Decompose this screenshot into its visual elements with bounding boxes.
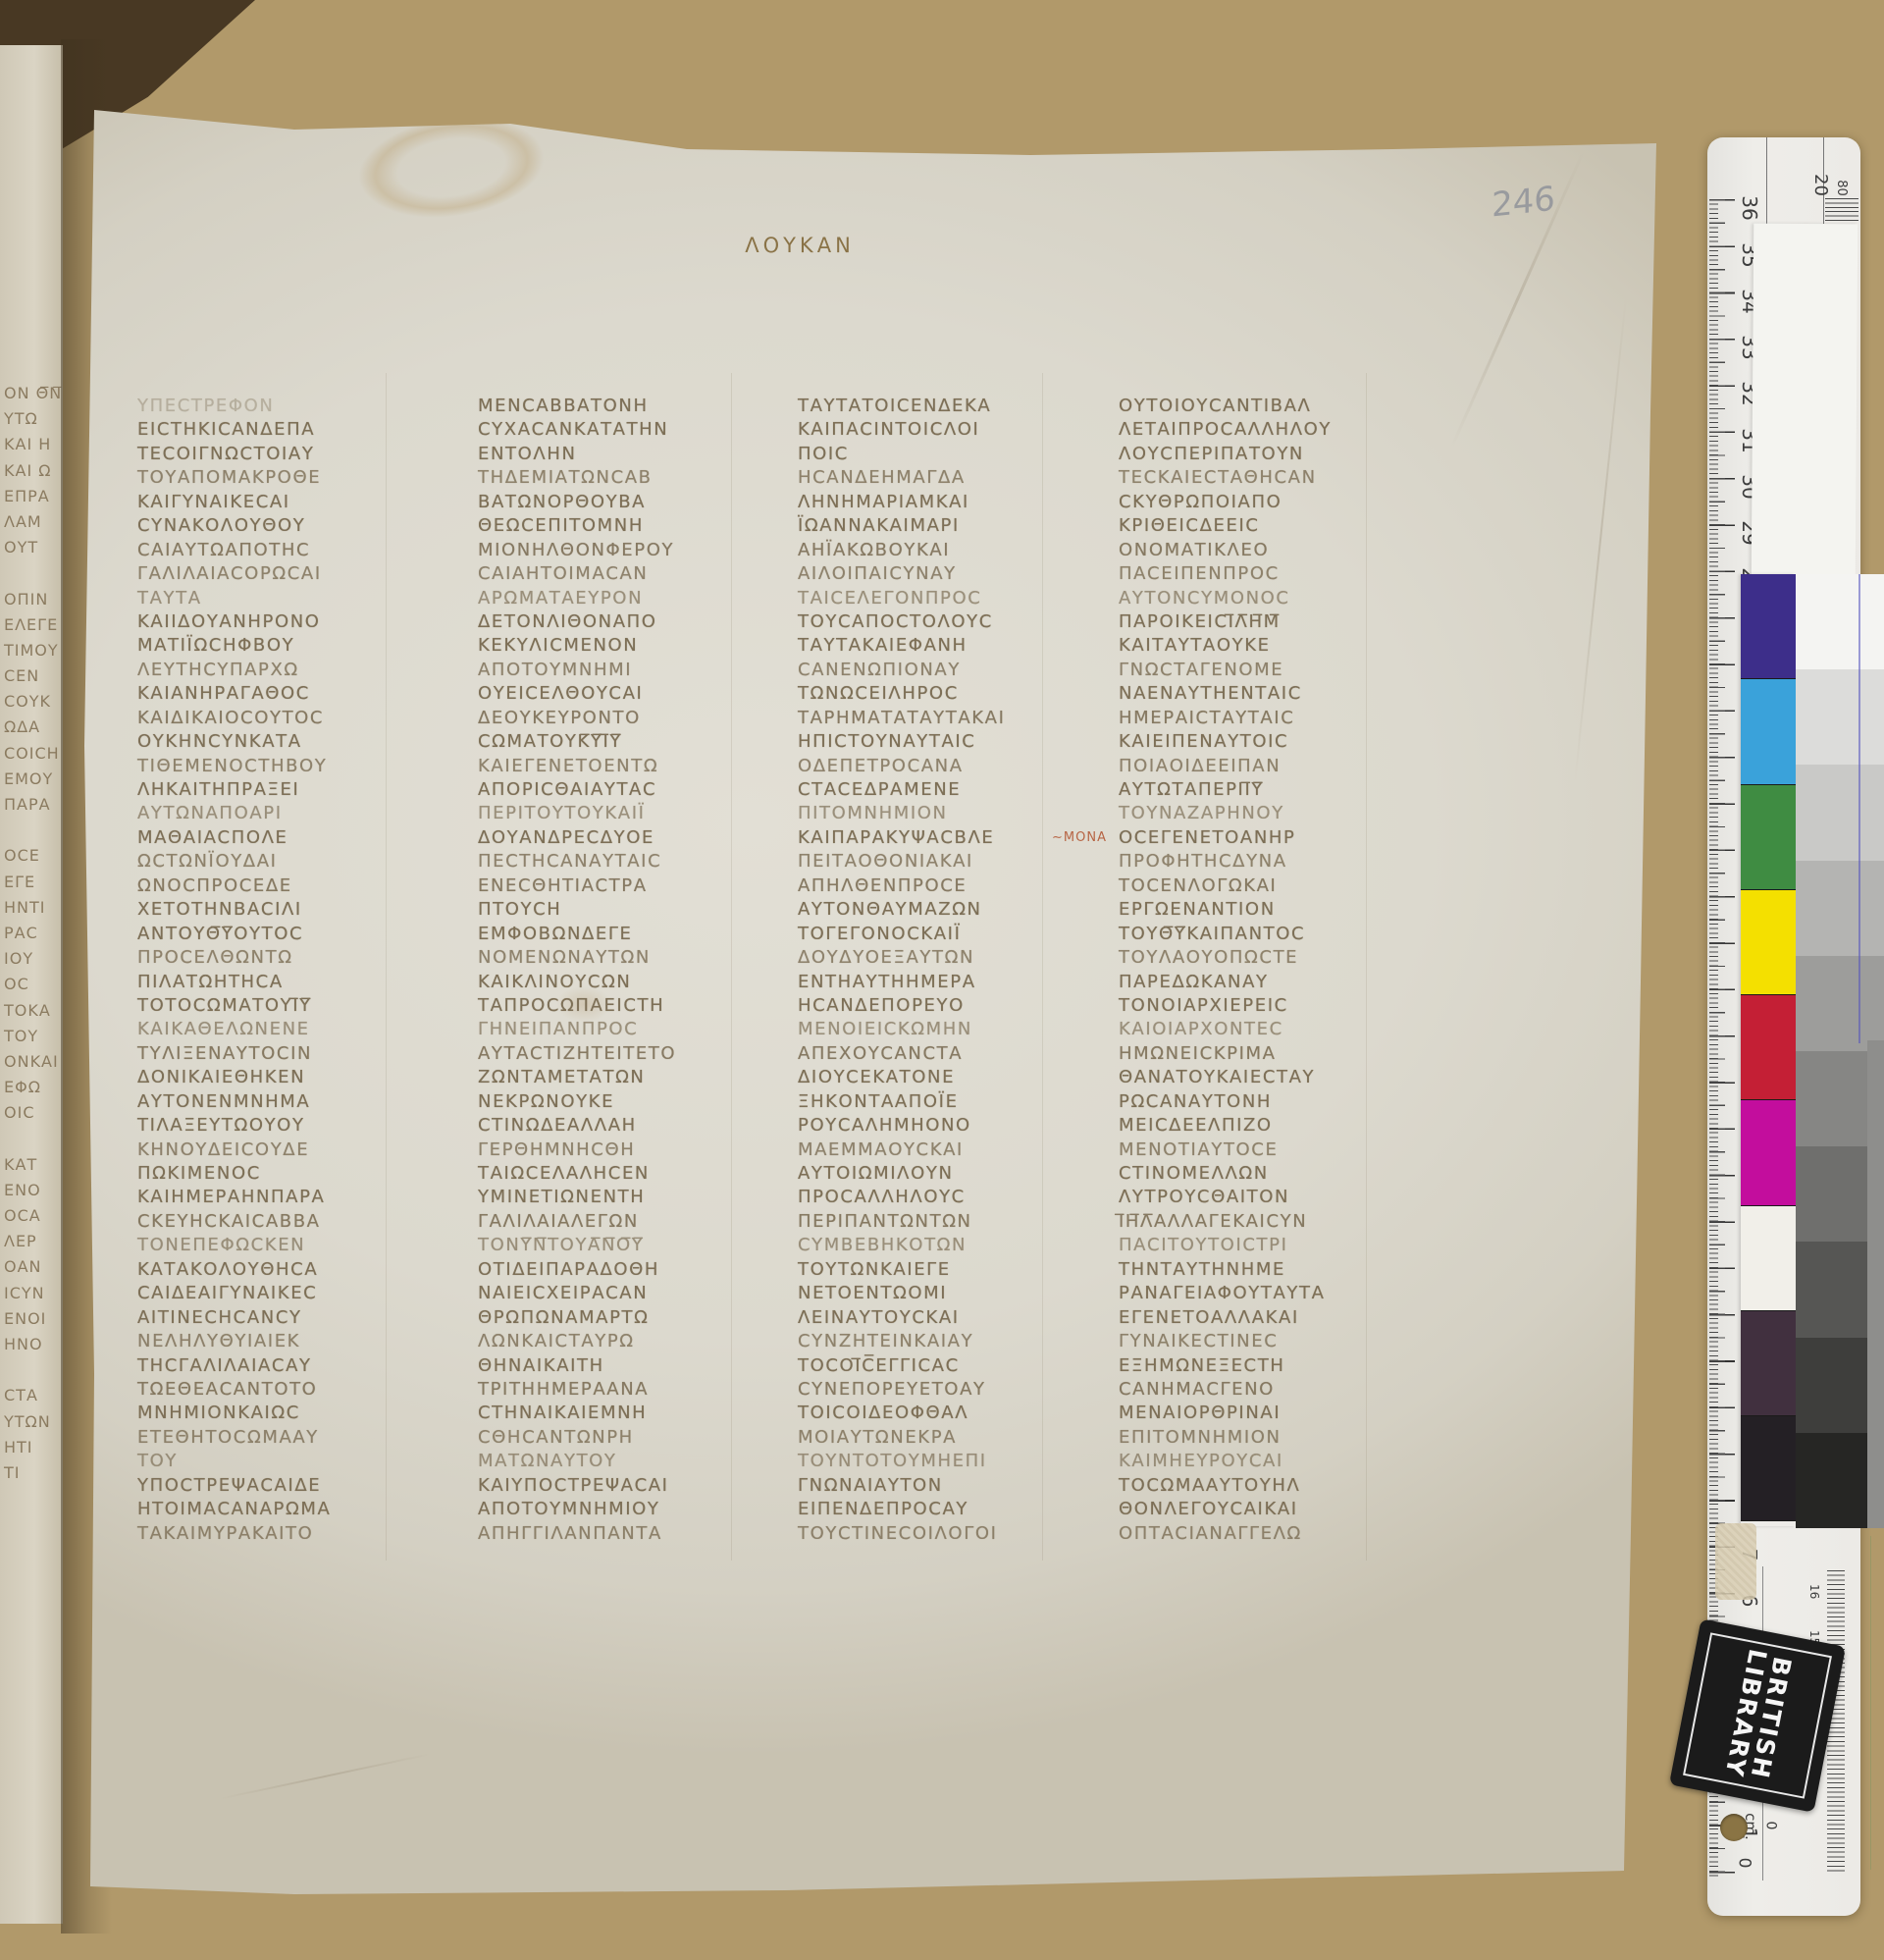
manuscript-line: CΑΙΔΕΑΙΓΥΝΑΙΚΕC	[137, 1282, 451, 1305]
manuscript-line: ΚΑΙΚΑΘΕΛΩΝΕΝΕ	[137, 1018, 451, 1041]
facing-line-fragment: ΗΤΙ	[4, 1435, 62, 1460]
manuscript-line: ΤΟΤΟCΩΜΑΤΟΥΙ̅Υ̅	[137, 994, 451, 1018]
gray-step	[1796, 574, 1884, 669]
manuscript-line: ΘΗΝΑΙΚΑΙΤΗ	[478, 1354, 792, 1378]
manuscript-line: ΠΟΙΑΟΙΔΕΕΙΠΑΝ	[1119, 755, 1433, 778]
manuscript-line: ΤΟCΕΝΛΟΓΩΚΑΙ	[1119, 874, 1433, 898]
manuscript-line: ΜΟΙΑΥΤΩΝΕΚΡΑ	[798, 1426, 1112, 1450]
manuscript-line: CΩΜΑΤΟΥΚ̅Υ̅Ι̅Υ̅	[478, 730, 792, 754]
facing-line-fragment: ΛΕΡ	[4, 1229, 62, 1254]
facing-line-fragment: ΠΑΡΑ	[4, 792, 62, 818]
manuscript-line: ΑΝΤΟΥΘ̅Υ̅ΟΥΤΟC	[137, 923, 451, 946]
manuscript-line: ΝΕΛΗΛΥΘΥΙΑΙΕΚ	[137, 1330, 451, 1353]
facing-line-fragment: CΕΝ	[4, 663, 62, 689]
manuscript-line: ΜΕΝΟΙΕΙCΚΩΜΗΝ	[798, 1018, 1112, 1041]
manuscript-line: CΥΜΒΕΒΗΚΟΤΩΝ	[798, 1234, 1112, 1257]
manuscript-line: ΚΡΙΘΕΙCΔΕΕΙC	[1119, 514, 1433, 538]
gray-card-edge	[1867, 1040, 1884, 1528]
text-column-2: ΜΕΝCΑΒΒΑΤΟΝΗCΥΧΑCΑΝΚΑΤΑΤΗΝΕΝΤΟΛΗΝΤΗΔΕΜΙΑ…	[478, 395, 792, 1546]
manuscript-line: ΛΥΤΡΟΥCΘΑΙΤΟΝ	[1119, 1186, 1433, 1209]
manuscript-line: CΚΥΘΡΩΠΟΙΑΠΟ	[1119, 491, 1433, 514]
manuscript-line: CΘΗCΑΝΤΩΝΡΗ	[478, 1426, 792, 1450]
manuscript-line: ΟΝΟΜΑΤΙΚΛΕΟ	[1119, 539, 1433, 562]
manuscript-line: ΥΠΟCΤΡΕΨΑCΑΙΔΕ	[137, 1474, 451, 1498]
manuscript-line: ΔΟΥΑΝΔΡΕCΔΥΟΕ	[478, 826, 792, 850]
manuscript-line: ΤΑΡΗΜΑΤΑΤΑΥΤΑΚΑΙ	[798, 707, 1112, 730]
manuscript-line: ΛΕΥΤΗCΥΠΑΡΧΩ	[137, 659, 451, 682]
facing-line-fragment: ΛΑΜ	[4, 509, 62, 535]
facing-line-fragment: ΕΦΩ	[4, 1075, 62, 1100]
manuscript-line: ΤΙΛΑΞΕΥΤΩΟΥΟΥ	[137, 1114, 451, 1138]
facing-line-fragment: ΙCΥΝ	[4, 1281, 62, 1306]
ruler-cm-number: 36	[1742, 191, 1761, 225]
manuscript-line: ΚΕΚΥΛΙCΜΕΝΟΝ	[478, 634, 792, 658]
manuscript-line: ΤΟΥΝΑΖΑΡΗΝΟΥ	[1119, 802, 1433, 825]
manuscript-line: ΝΑΙΕΙCΧΕΙΡΑCΑΝ	[478, 1282, 792, 1305]
facing-line-fragment: ΕΠΡΑ	[4, 484, 62, 509]
manuscript-line: ΗΤΟΙΜΑCΑΝΑΡΩΜΑ	[137, 1498, 451, 1521]
manuscript-line: ΠΑΡΕΔΩΚΑΝΑΥ	[1119, 971, 1433, 994]
manuscript-line: ΗΠΙCΤΟΥΝΑΥΤΑΙC	[798, 730, 1112, 754]
facing-line-fragment: ΕΜΟΥ	[4, 767, 62, 792]
manuscript-line: CΑΝΕΝΩΠΙΟΝΑΥ	[798, 659, 1112, 682]
manuscript-line: ΤΟΙCΟΙΔΕΟΦΘΑΛ	[798, 1402, 1112, 1425]
facing-line-fragment: ΤΙΜΟΥ	[4, 638, 62, 663]
facing-line-fragment: ΡΑC	[4, 921, 62, 946]
facing-line-fragment: ΟCΕ	[4, 843, 62, 869]
gray-step	[1796, 765, 1884, 860]
facing-line-fragment: ΟΥΤ	[4, 535, 62, 560]
manuscript-line: ΚΗΝΟΥΔΕΙCΟΥΔΕ	[137, 1139, 451, 1162]
manuscript-line: CΤΑCΕΔΡΑΜΕΝΕ	[798, 778, 1112, 802]
manuscript-line: ΠΕCΤΗCΑΝΑΥΤΑΙC	[478, 850, 792, 874]
manuscript-line: ΟΥΤΟΙΟΥCΑΝΤΙΒΑΛ	[1119, 395, 1433, 418]
facing-line-fragment: ΤΙ	[4, 1460, 62, 1486]
facing-line-fragment: ΟΝΚΑΙ	[4, 1049, 62, 1075]
running-title: ΛΟΥΚΑΝ	[721, 234, 878, 257]
manuscript-line: ΟΠΤΑCΙΑΝΑΓΓΕΛΩ	[1119, 1522, 1433, 1546]
manuscript-line: ΟΥΕΙCΕΛΘΟΥCΑΙ	[478, 682, 792, 706]
text-column-4: ΟΥΤΟΙΟΥCΑΝΤΙΒΑΛΛΕΤΑΙΠΡΟCΑΛΛΗΛΟΥΛΟΥCΠΕΡΙΠ…	[1119, 395, 1433, 1546]
manuscript-line: ΖΩΝΤΑΜΕΤΑΤΩΝ	[478, 1066, 792, 1089]
manuscript-line: ΚΑΙΚΛΙΝΟΥCΩΝ	[478, 971, 792, 994]
manuscript-line: ΔΕΤΟΝΛΙΘΟΝΑΠΟ	[478, 610, 792, 634]
manuscript-line: ΕΝΕCΘΗΤΙΑCΤΡΑ	[478, 874, 792, 898]
manuscript-line: ΚΑΙΓΥΝΑΙΚΕCΑΙ	[137, 491, 451, 514]
manuscript-line: ΚΑΙΟΙΑΡΧΟΝΤΕC	[1119, 1018, 1433, 1041]
righe-zero-label: 0	[1762, 1822, 1778, 1830]
manuscript-line: ΤΩΝΩCΕΙΛΗΡΟC	[798, 682, 1112, 706]
manuscript-line: ΤΕCΟΙΓΝΩCΤΟΙΑΥ	[137, 443, 451, 466]
ruler-punch-hole	[1720, 1814, 1748, 1841]
crease-line	[1574, 295, 1627, 783]
manuscript-line: ΕΠΙΤΟΜΝΗΜΙΟΝ	[1119, 1426, 1433, 1450]
manuscript-line: ΘΟΝΛΕΓΟΥCΑΙΚΑΙ	[1119, 1498, 1433, 1521]
facing-line-fragment: ΥΤΩΝ	[4, 1409, 62, 1435]
manuscript-line: ΟΥΚΗΝCΥΝΚΑΤΑ	[137, 730, 451, 754]
facing-line-fragment: ΗΝΤΙ	[4, 895, 62, 921]
manuscript-line: ΤΑΙΩCΕΛΑΛΗCΕΝ	[478, 1162, 792, 1186]
facing-line-fragment	[4, 1126, 62, 1151]
facing-line-fragment	[4, 1357, 62, 1383]
manuscript-line: ΑΥΤΩΤΑΠΕΡΙΙ̅Υ̅	[1119, 778, 1433, 802]
manuscript-line: ΑΥΤΟΙΩΜΙΛΟΥΝ	[798, 1162, 1112, 1186]
manuscript-line: ΕΙCΤΗΚΙCΑΝΔΕΠΑ	[137, 418, 451, 442]
label-border-frame: BRITISH LIBRARY	[1683, 1632, 1832, 1798]
tape-fragment	[1715, 1523, 1756, 1600]
manuscript-line: ΜΑΤΩΝΑΥΤΟΥ	[478, 1450, 792, 1473]
manuscript-line: ΟΤΙΔΕΙΠΑΡΑΔΟΘΗ	[478, 1258, 792, 1282]
manuscript-line: ΔΟΝΙΚΑΙΕΘΗΚΕΝ	[137, 1066, 451, 1089]
manuscript-line: ΤΙΘΕΜΕΝΟCΤΗΒΟΥ	[137, 755, 451, 778]
ruler-zero-label: 0	[1734, 1858, 1753, 1869]
manuscript-line: CΚΕΥΗCΚΑΙCΑΒΒΑ	[137, 1210, 451, 1234]
manuscript-line: ΓΑΛΙΛΑΙΑΛΕΓΩΝ	[478, 1210, 792, 1234]
manuscript-line: ΠΕΡΙΠΑΝΤΩΝΤΩΝ	[798, 1210, 1112, 1234]
manuscript-line: ΜΑΘΑΙΑCΠΟΛΕ	[137, 826, 451, 850]
manuscript-line: ΤΟΝΥ̅Ν̅ΤΟΥΑ̅Ν̅Ο̅Υ̅	[478, 1234, 792, 1257]
manuscript-line: ΝΟΜΕΝΩΝΑΥΤΩΝ	[478, 946, 792, 970]
manuscript-line: ΜΙΟΝΗΛΘΟΝΦΕΡΟΥ	[478, 539, 792, 562]
manuscript-line: ΑΠΟΤΟΥΜΝΗΜΙ	[478, 659, 792, 682]
text-column-3: ΤΑΥΤΑΤΟΙCΕΝΔΕΚΑΚΑΙΠΑCΙΝΤΟΙCΛΟΙΠΟΙCΗCΑΝΔΕ…	[798, 395, 1112, 1546]
manuscript-line: ΠΡΟCΑΛΛΗΛΟΥC	[798, 1186, 1112, 1209]
manuscript-line: ΔΟΥΔΥΟΕΞΑΥΤΩΝ	[798, 946, 1112, 970]
manuscript-line: ΚΑΙΠΑCΙΝΤΟΙCΛΟΙ	[798, 418, 1112, 442]
manuscript-line: ΤΗΔΕΜΙΑΤΩΝCΑΒ	[478, 466, 792, 490]
manuscript-line: ΗCΑΝΔΕΠΟΡΕΥΟ	[798, 994, 1112, 1018]
manuscript-line: ΑΥΤΟΝΘΑΥΜΑΖΩΝ	[798, 898, 1112, 922]
facing-line-fragment: ΟCΑ	[4, 1203, 62, 1229]
manuscript-line: ΕΞΗΜΩΝΕΞΕCΤΗ	[1119, 1354, 1433, 1378]
manuscript-line: ΤΥΛΙΞΕΝΑΥΤΟCΙΝ	[137, 1042, 451, 1066]
manuscript-line: ΚΑΙΜΗΕΥΡΟΥCΑΙ	[1119, 1450, 1433, 1473]
facing-line-fragment	[4, 818, 62, 843]
manuscript-line: ΥΜΙΝΕΤΙΩΝΕΝΤΗ	[478, 1186, 792, 1209]
manuscript-line: ΔΕΟΥΚΕΥΡΟΝΤΟ	[478, 707, 792, 730]
gray-step	[1796, 669, 1884, 765]
facing-line-fragment: ΕΛΕΓΕ	[4, 612, 62, 638]
manuscript-line: ΡΑΝΑΓΕΙΑΦΟΥΤΑΥΤΑ	[1119, 1282, 1433, 1305]
manuscript-line: ΑΥΤΩΝΑΠΟΑΡΙ	[137, 802, 451, 825]
manuscript-line: ΤΟCΩΜΑΑΥΤΟΥΗΛ	[1119, 1474, 1433, 1498]
manuscript-line: ΥΠΕCΤΡΕΦΟΝ	[137, 395, 451, 418]
manuscript-line: ΑΠΟΤΟΥΜΝΗΜΙΟΥ	[478, 1498, 792, 1521]
manuscript-line: ΑΡΩΜΑΤΑΕΥΡΟΝ	[478, 587, 792, 610]
manuscript-line: ΕΓΕΝΕΤΟΑΛΛΑΚΑΙ	[1119, 1306, 1433, 1330]
manuscript-line: ΠΑΡΟΙΚΕΙCΙ̅Λ̅Η̅Μ̅	[1119, 610, 1433, 634]
manuscript-line: ΤΟΥCΑΠΟCΤΟΛΟΥC	[798, 610, 1112, 634]
manuscript-line: ΓΥΝΑΙΚΕCΤΙΝΕC	[1119, 1330, 1433, 1353]
facing-line-fragment: ΟΑΝ	[4, 1254, 62, 1280]
manuscript-line: ΤΑΚΑΙΜΥΡΑΚΑΙΤΟ	[137, 1522, 451, 1546]
manuscript-line: ΤΩΕΘΕΑCΑΝΤΟΤΟ	[137, 1378, 451, 1402]
manuscript-line: ΤΕCΚΑΙΕCΤΑΘΗCΑΝ	[1119, 466, 1433, 490]
manuscript-line: ΚΑΙΗΜΕΡΑΗΝΠΑΡΑ	[137, 1186, 451, 1209]
manuscript-line: ΛΩΝΚΑΙCΤΑΥΡΩ	[478, 1330, 792, 1353]
manuscript-photo-scene: ΟΝ Θ̅Ν̅ΥΤΩΚΑΙ ΗΚΑΙ ΩΕΠΡΑΛΑΜΟΥΤΟΠΙΝΕΛΕΓΕΤ…	[0, 0, 1884, 1960]
manuscript-line: CΥΧΑCΑΝΚΑΤΑΤΗΝ	[478, 418, 792, 442]
manuscript-line: ΑΙΤΙΝΕCΗCΑΝCΥ	[137, 1306, 451, 1330]
facing-line-fragment: ΟC	[4, 972, 62, 997]
manuscript-line: CΥΝΖΗΤΕΙΝΚΑΙΑΥ	[798, 1330, 1112, 1353]
manuscript-line: ΕΙΠΕΝΔΕΠΡΟCΑΥ	[798, 1498, 1112, 1521]
facing-line-fragment: CΟΥΚ	[4, 689, 62, 715]
water-stain	[347, 103, 556, 233]
facing-line-fragment: CΟΙCΗ	[4, 741, 62, 767]
manuscript-line: ΤΑΥΤΑΤΟΙCΕΝΔΕΚΑ	[798, 395, 1112, 418]
gray-step	[1796, 956, 1884, 1051]
ruler-printed-line	[1766, 137, 1767, 224]
manuscript-line: ΤΟΥΝΤΟΤΟΥΜΗΕΠΙ	[798, 1450, 1112, 1473]
manuscript-line: ΓΝΩCΤΑΓΕΝΟΜΕ	[1119, 659, 1433, 682]
manuscript-line: ΑΠΕΧΟΥCΑΝCΤΑ	[798, 1042, 1112, 1066]
manuscript-line: ΕΝΤΟΛΗΝ	[478, 443, 792, 466]
manuscript-line: ΑΥΤΑCΤΙΖΗΤΕΙΤΕΤΟ	[478, 1042, 792, 1066]
facing-line-fragment: ΗΝΟ	[4, 1332, 62, 1357]
manuscript-line: ΗΜΕΡΑΙCΤΑΥΤΑΙC	[1119, 707, 1433, 730]
facing-page-text-fragments: ΟΝ Θ̅Ν̅ΥΤΩΚΑΙ ΗΚΑΙ ΩΕΠΡΑΛΑΜΟΥΤΟΠΙΝΕΛΕΓΕΤ…	[4, 381, 62, 1486]
manuscript-line: ΑΠΗΓΓΙΛΑΝΠΑΝΤΑ	[478, 1522, 792, 1546]
manuscript-line: CΤΗΝΑΙΚΑΙΕΜΝΗ	[478, 1402, 792, 1425]
label-text: BRITISH LIBRARY	[1720, 1647, 1795, 1784]
manuscript-line: CΑΙΑΗΤΟΙΜΑCΑΝ	[478, 562, 792, 586]
text-column-1: ΥΠΕCΤΡΕΦΟΝΕΙCΤΗΚΙCΑΝΔΕΠΑΤΕCΟΙΓΝΩCΤΟΙΑΥΤΟ…	[137, 395, 451, 1546]
manuscript-line: ΒΑΤΩΝΟΡΘΟΥΒΑ	[478, 491, 792, 514]
manuscript-line: ΤΟΥΤΩΝΚΑΙΕΓΕ	[798, 1258, 1112, 1282]
manuscript-line: ΓΕΡΘΗΜΝΗCΘΗ	[478, 1139, 792, 1162]
crease-line	[219, 1753, 431, 1800]
manuscript-line: ΘΕΩCΕΠΙΤΟΜΝΗ	[478, 514, 792, 538]
manuscript-line: ΛΕΙΝΑΥΤΟΥCΚΑΙ	[798, 1306, 1112, 1330]
manuscript-line: ΜΕΝΟΤΙΑΥΤΟCΕ	[1119, 1139, 1433, 1162]
manuscript-line: ΤΟCΟΙ̅C̅ΕΓΓΙCΑC	[798, 1354, 1112, 1378]
facing-line-fragment: ΩΔΑ	[4, 715, 62, 740]
manuscript-line: ΓΝΩΝΑΙΑΥΤΟΝ	[798, 1474, 1112, 1498]
manuscript-line: ΠΩΚΙΜΕΝΟC	[137, 1162, 451, 1186]
color-patch	[1741, 574, 1796, 679]
calibration-card-back	[1752, 224, 1858, 578]
manuscript-line: ΓΑΛΙΛΑΙΑCΟΡΩCΑΙ	[137, 562, 451, 586]
manuscript-line: ΘΑΝΑΤΟΥΚΑΙΕCΤΑΥ	[1119, 1066, 1433, 1089]
manuscript-line: ΤΟΥΘ̅Υ̅ΚΑΙΠΑΝΤΟC	[1119, 923, 1433, 946]
manuscript-line: ΧΕΤΟΤΗΝΒΑCΙΛΙ	[137, 898, 451, 922]
manuscript-line: ΤΟΓΕΓΟΝΟCΚΑΙΪ	[798, 923, 1112, 946]
manuscript-line: CΑΙΑΥΤΩΑΠΟΤΗC	[137, 539, 451, 562]
manuscript-line: ΗΜΩΝΕΙCΚΡΙΜΑ	[1119, 1042, 1433, 1066]
manuscript-line: ΝΑΕΝΑΥΤΗΕΝΤΑΙC	[1119, 682, 1433, 706]
facing-page-edge: ΟΝ Θ̅Ν̅ΥΤΩΚΑΙ ΗΚΑΙ ΩΕΠΡΑΛΑΜΟΥΤΟΠΙΝΕΛΕΓΕΤ…	[0, 45, 63, 1924]
manuscript-line: ΚΑΙΤΑΥΤΑΟΥΚΕ	[1119, 634, 1433, 658]
card-hairline	[1870, 1536, 1871, 1870]
manuscript-line: ΠΡΟΦΗΤΗCΔΥΝΑ	[1119, 850, 1433, 874]
manuscript-line: ΠΤΟΥCΗ	[478, 898, 792, 922]
manuscript-line: ΠΙΛΑΤΩΗΤΗCΑ	[137, 971, 451, 994]
manuscript-line: ΜΑΤΙΪΩCΗΦΒΟΥ	[137, 634, 451, 658]
manuscript-line: ΑΙΛΟΙΠΑΙCΥΝΑΥ	[798, 562, 1112, 586]
manuscript-line: ΑΥΤΟΝΕΝΜΝΗΜΑ	[137, 1090, 451, 1114]
manuscript-line: ΑΠΗΛΘΕΝΠΡΟCΕ	[798, 874, 1112, 898]
ruler-inch-label: 20	[1810, 174, 1831, 196]
manuscript-line: CΤΙΝΟΜΕΛΛΩΝ	[1119, 1162, 1433, 1186]
manuscript-line: ΠΟΙC	[798, 443, 1112, 466]
manuscript-line: ΕΤΕΘΗΤΟCΩΜΑΑΥ	[137, 1426, 451, 1450]
facing-line-fragment: ΚΑΙ Ω	[4, 458, 62, 484]
manuscript-line: ΠΡΟCΕΛΘΩΝΤΩ	[137, 946, 451, 970]
manuscript-line: ΤΟΝΟΙΑΡΧΙΕΡΕΙC	[1119, 994, 1433, 1018]
gray-step	[1796, 861, 1884, 956]
manuscript-line: ΗCΑΝΔΕΗΜΑΓΔΑ	[798, 466, 1112, 490]
color-patch	[1741, 1416, 1796, 1521]
manuscript-line: ΟCΕΓΕΝΕΤΟΑΝΗΡ	[1119, 826, 1433, 850]
manuscript-line: ΚΑΙΥΠΟCΤΡΕΨΑCΑΙ	[478, 1474, 792, 1498]
facing-line-fragment: ΤΟΥ	[4, 1024, 62, 1049]
parchment-leaf: ΛΟΥΚΑΝ 246 ΥΠΕCΤΡΕΦΟΝΕΙCΤΗΚΙCΑΝΔΕΠΑΤΕCΟΙ…	[0, 0, 1884, 1960]
facing-line-fragment: ΥΤΩ	[4, 406, 62, 432]
manuscript-line: ΩΝΟCΠΡΟCΕΔΕ	[137, 874, 451, 898]
manuscript-line: ΤΟΥΛΑΟΥΟΠΩCΤΕ	[1119, 946, 1433, 970]
color-patch	[1741, 785, 1796, 890]
folio-number: 246	[1491, 179, 1555, 225]
manuscript-line: ΤΑΥΤΑ	[137, 587, 451, 610]
facing-line-fragment	[4, 560, 62, 586]
ruler-inch-ticks	[1825, 198, 1858, 224]
manuscript-line: Ι̅Η̅Λ̅ΑΛΛΑΓΕΚΑΙCΥΝ	[1119, 1210, 1433, 1234]
manuscript-line: ΞΗΚΟΝΤΑΑΠΟΪΕ	[798, 1090, 1112, 1114]
manuscript-line: ΚΑΙΕΓΕΝΕΤΟΕΝΤΩ	[478, 755, 792, 778]
color-patch	[1741, 1311, 1796, 1416]
color-patch	[1741, 679, 1796, 784]
manuscript-line: ΠΕΙΤΑΟΘΟΝΙΑΚΑΙ	[798, 850, 1112, 874]
manuscript-line: ΔΙΟΥCΕΚΑΤΟΝΕ	[798, 1066, 1112, 1089]
manuscript-line: ΤΑΠΡΟCΩΠΑΕΙCΤΗ	[478, 994, 792, 1018]
manuscript-line: ΚΑΙΑΝΗΡΑΓΑΘΟC	[137, 682, 451, 706]
manuscript-line: ΤΟΥ	[137, 1450, 451, 1473]
manuscript-line: ΠΙΤΟΜΝΗΜΙΟΝ	[798, 802, 1112, 825]
manuscript-line: ΤΟΥΑΠΟΜΑΚΡΟΘΕ	[137, 466, 451, 490]
manuscript-line: ΪΩΑΝΝΑΚΑΙΜΑΡΙ	[798, 514, 1112, 538]
manuscript-line: ΤΡΙΤΗΗΜΕΡΑΑΝΑ	[478, 1378, 792, 1402]
manuscript-line: ΚΑΙΕΙΠΕΝΑΥΤΟΙC	[1119, 730, 1433, 754]
manuscript-line: ΩCΤΩΝΪΟΥΔΑΙ	[137, 850, 451, 874]
manuscript-line: ΡΟΥCΑΛΗΜΗΟΝΟ	[798, 1114, 1112, 1138]
ruler-inch-number: 16	[1807, 1584, 1821, 1606]
manuscript-line: ΤΟΝΕΠΕΦΩCΚΕΝ	[137, 1234, 451, 1257]
manuscript-line: ΛΟΥCΠΕΡΙΠΑΤΟΥΝ	[1119, 443, 1433, 466]
manuscript-line: ΤΗCΓΑΛΙΛΑΙΑCΑΥ	[137, 1354, 451, 1378]
facing-line-fragment: ΕΝΟΙ	[4, 1306, 62, 1332]
manuscript-line: CΑΝΗΜΑCΓΕΝΟ	[1119, 1378, 1433, 1402]
facing-line-fragment: ΟΙC	[4, 1100, 62, 1126]
manuscript-line: ΜΕΙCΔΕΕΛΠΙΖΟ	[1119, 1114, 1433, 1138]
ruler-inch-sublabel: 80	[1834, 180, 1849, 196]
manuscript-line: ΠΑCΕΙΠΕΝΠΡΟC	[1119, 562, 1433, 586]
manuscript-line: ΜΝΗΜΙΟΝΚΑΙΩC	[137, 1402, 451, 1425]
manuscript-line: ΕΜΦΟΒΩΝΔΕΓΕ	[478, 923, 792, 946]
manuscript-line: ΠΑCΙΤΟΥΤΟΙCΤΡΙ	[1119, 1234, 1433, 1257]
facing-line-fragment: ΟΝ Θ̅Ν̅	[4, 381, 62, 406]
red-marginal-note: ∼ΜΟΝΑ	[1052, 830, 1107, 845]
manuscript-line: ΓΗΝΕΙΠΑΝΠΡΟC	[478, 1018, 792, 1041]
manuscript-line: ΚΑΙΙΔΟΥΑΝΗΡΟΝΟ	[137, 610, 451, 634]
manuscript-line: ΝΕΚΡΩΝΟΥΚΕ	[478, 1090, 792, 1114]
manuscript-line: ΠΕΡΙΤΟΥΤΟΥΚΑΙΪ	[478, 802, 792, 825]
facing-line-fragment: ΚΑΙ Η	[4, 432, 62, 457]
facing-line-fragment: ΕΝΟ	[4, 1178, 62, 1203]
manuscript-line: ΝΕΤΟΕΝΤΩΟΜΙ	[798, 1282, 1112, 1305]
manuscript-line: ΟΔΕΠΕΤΡΟCΑΝΑ	[798, 755, 1112, 778]
manuscript-line: ΕΡΓΩΕΝΑΝΤΙΟΝ	[1119, 898, 1433, 922]
manuscript-line: ΜΕΝΑΙΟΡΘΡΙΝΑΙ	[1119, 1402, 1433, 1425]
manuscript-line: ΡΩCΑΝΑΥΤΟΝΗ	[1119, 1090, 1433, 1114]
manuscript-line: ΛΕΤΑΙΠΡΟCΑΛΛΗΛΟΥ	[1119, 418, 1433, 442]
manuscript-line: CΤΙΝΩΔΕΑΛΛΑΗ	[478, 1114, 792, 1138]
manuscript-line: ΤΗΝΤΑΥΤΗΝΗΜΕ	[1119, 1258, 1433, 1282]
manuscript-line: ΘΡΩΠΩΝΑΜΑΡΤΩ	[478, 1306, 792, 1330]
manuscript-line: ΑΠΟΡΙCΘΑΙΑΥΤΑC	[478, 778, 792, 802]
manuscript-line: ΛΗΚΑΙΤΗΠΡΑΞΕΙ	[137, 778, 451, 802]
color-calibration-patches	[1741, 574, 1796, 1526]
color-patch	[1741, 995, 1796, 1100]
manuscript-line: ΚΑΙΔΙΚΑΙΟCΟΥΤΟC	[137, 707, 451, 730]
facing-line-fragment: ΟΠΙΝ	[4, 587, 62, 612]
manuscript-line: ΜΕΝCΑΒΒΑΤΟΝΗ	[478, 395, 792, 418]
manuscript-line: ΑΗΪΑΚΩΒΟΥΚΑΙ	[798, 539, 1112, 562]
facing-line-fragment: ΕΓΕ	[4, 870, 62, 895]
color-patch	[1741, 1100, 1796, 1205]
manuscript-line: ΚΑΤΑΚΟΛΟΥΘΗCΑ	[137, 1258, 451, 1282]
facing-line-fragment: ΚΑΤ	[4, 1152, 62, 1178]
manuscript-line: ΤΑΙCΕΛΕΓΟΝΠΡΟC	[798, 587, 1112, 610]
color-patch	[1741, 1206, 1796, 1311]
facing-line-fragment: ΙΟΥ	[4, 946, 62, 972]
manuscript-line: ΤΑΥΤΑΚΑΙΕΦΑΝΗ	[798, 634, 1112, 658]
manuscript-line: ΑΥΤΟΝCΥΜΟΝΟC	[1119, 587, 1433, 610]
facing-line-fragment: ΤΟΚΑ	[4, 998, 62, 1024]
manuscript-line: ΕΝΤΗΑΥΤΗΗΜΕΡΑ	[798, 971, 1112, 994]
manuscript-line: ΛΗΝΗΜΑΡΙΑΜΚΑΙ	[798, 491, 1112, 514]
facing-line-fragment: CΤΑ	[4, 1383, 62, 1408]
color-patch	[1741, 890, 1796, 995]
manuscript-line: CΥΝΑΚΟΛΟΥΘΟΥ	[137, 514, 451, 538]
manuscript-line: ΤΟΥCΤΙΝΕCΟΙΛΟΓΟΙ	[798, 1522, 1112, 1546]
manuscript-line: ΜΑΕΜΜΑΟΥCΚΑΙ	[798, 1139, 1112, 1162]
manuscript-line: CΥΝΕΠΟΡΕΥΕΤΟΑΥ	[798, 1378, 1112, 1402]
card-edge-line	[1858, 574, 1860, 1043]
